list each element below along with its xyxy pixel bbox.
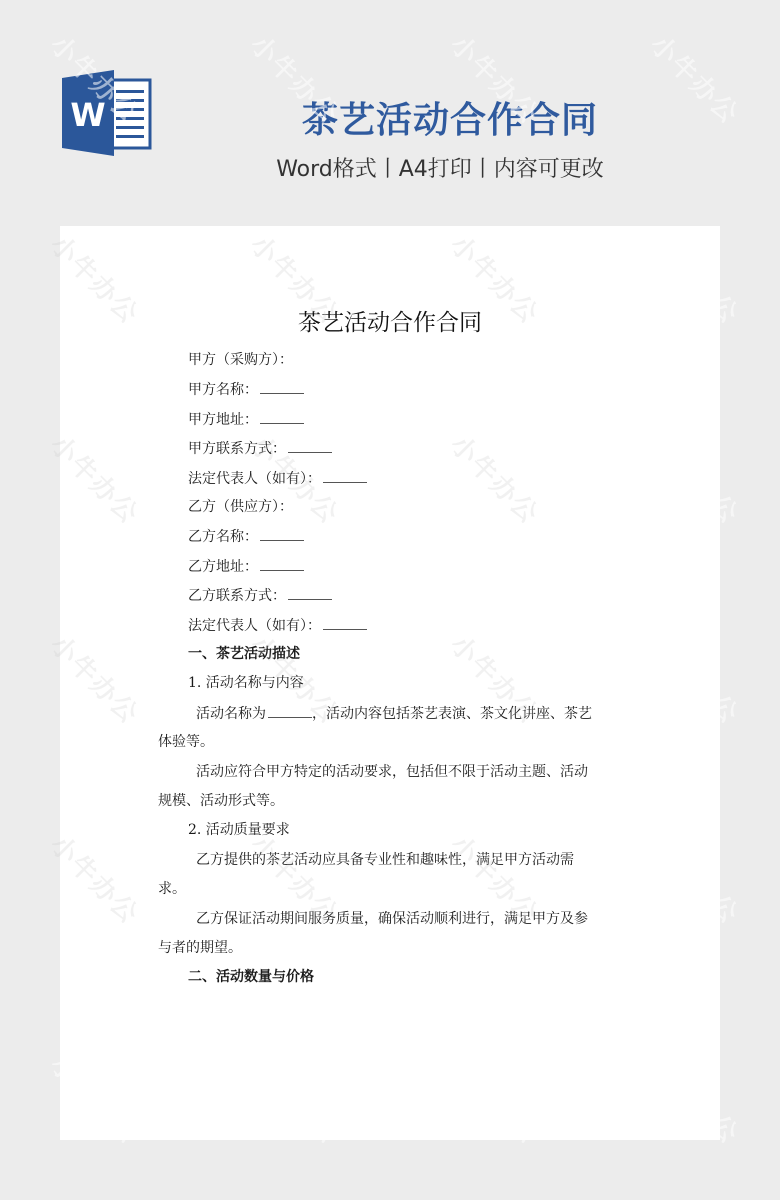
section-1-item-2-para-1-cont: 求。 [158,879,186,899]
text-run: ，活动内容包括茶艺表演、茶文化讲座、茶艺 [312,706,592,722]
blank-field [323,615,367,630]
section-1-item-2-para-1: 乙方提供的茶艺活动应具备专业性和趣味性，满足甲方活动需 [196,850,574,870]
party-b-name: 乙方名称： [188,526,304,547]
section-1-item-1-heading: 1. 活动名称与内容 [188,673,304,693]
party-a-rep: 法定代表人（如有）： [188,468,367,489]
contract-title: 茶艺活动合作合同 [60,304,720,337]
section-1-item-2-para-2-cont: 与者的期望。 [158,938,242,958]
blank-field [323,468,367,483]
party-a-contact-label: 甲方联系方式： [188,441,286,457]
blank-field [260,526,304,541]
party-a-contact: 甲方联系方式： [188,438,332,459]
section-1-item-2-heading: 2. 活动质量要求 [188,820,290,840]
blank-field [288,438,332,453]
section-1-item-1-para-2: 活动应符合甲方特定的活动要求，包括但不限于活动主题、活动 [196,762,588,782]
section-1-item-2-para-2: 乙方保证活动期间服务质量，确保活动顺利进行，满足甲方及参 [196,909,588,929]
party-b-contact-label: 乙方联系方式： [188,588,286,604]
header: W 茶艺活动合作合同 Word格式丨A4打印丨内容可更改 [0,0,780,226]
party-b-address: 乙方地址： [188,556,304,577]
word-icon: W [60,70,152,156]
party-b-heading: 乙方（供应方）： [188,497,293,517]
section-1-item-1-para-1: 活动名称为，活动内容包括茶艺表演、茶文化讲座、茶艺 [196,703,592,724]
party-a-name: 甲方名称： [188,379,304,400]
blank-field [268,703,312,718]
header-subtitle: Word格式丨A4打印丨内容可更改 [240,152,640,183]
party-a-name-label: 甲方名称： [188,382,258,398]
section-2-heading: 二、活动数量与价格 [188,967,314,987]
section-1-item-1-para-2-cont: 规模、活动形式等。 [158,791,284,811]
blank-field [260,379,304,394]
blank-field [288,585,332,600]
party-b-name-label: 乙方名称： [188,529,258,545]
svg-text:W: W [70,96,105,134]
header-title: 茶艺活动合作合同 [260,92,640,143]
party-a-rep-label: 法定代表人（如有）： [188,471,321,487]
party-b-address-label: 乙方地址： [188,559,258,575]
party-a-heading: 甲方（采购方）： [188,350,293,370]
party-b-rep: 法定代表人（如有）： [188,615,367,636]
party-a-address-label: 甲方地址： [188,412,258,428]
party-b-rep-label: 法定代表人（如有）： [188,618,321,634]
document-body: 茶艺活动合作合同 甲方（采购方）： 甲方名称： 甲方地址： 甲方联系方式： 法定… [60,226,720,1140]
blank-field [260,556,304,571]
party-a-address: 甲方地址： [188,409,304,430]
text-run: 活动名称为 [196,706,266,722]
section-1-heading: 一、茶艺活动描述 [188,644,300,664]
section-1-item-1-para-1-cont: 体验等。 [158,732,214,752]
blank-field [260,409,304,424]
party-b-contact: 乙方联系方式： [188,585,332,606]
document-page: 茶艺活动合作合同 甲方（采购方）： 甲方名称： 甲方地址： 甲方联系方式： 法定… [60,226,720,1140]
